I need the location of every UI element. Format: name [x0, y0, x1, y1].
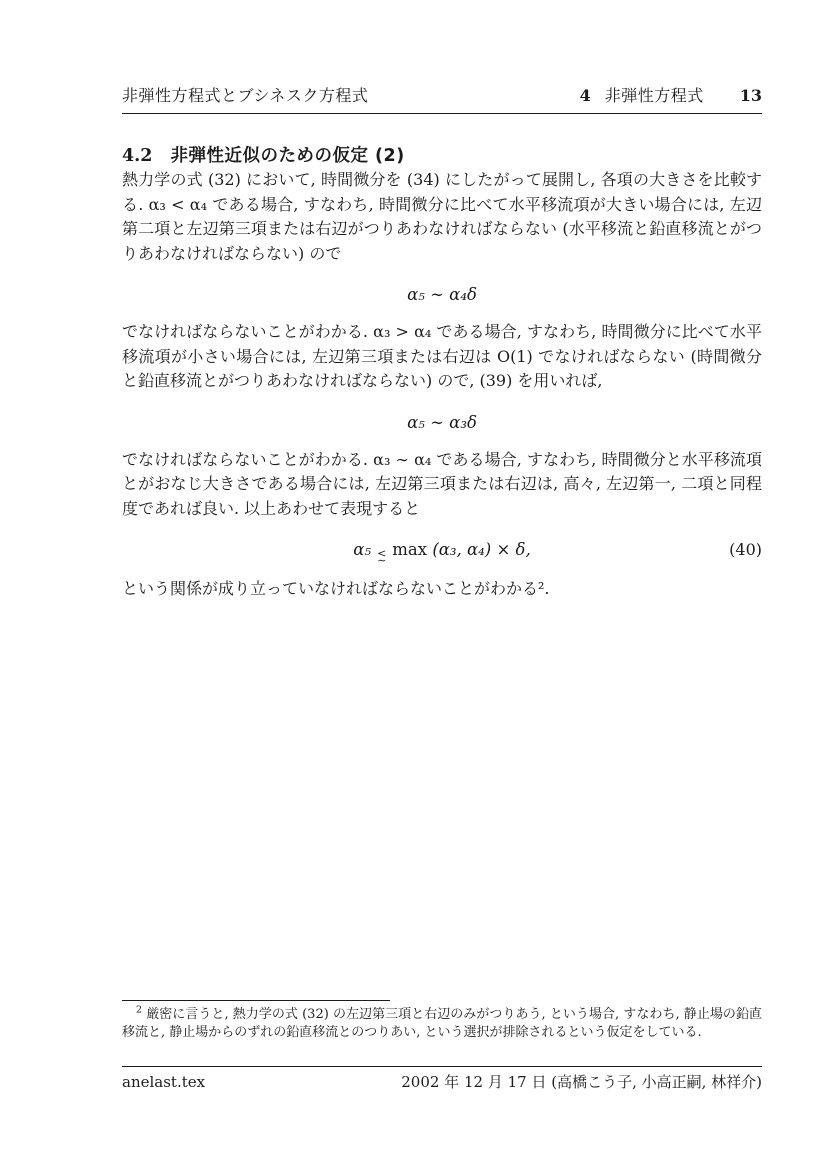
header-section-number: 4: [580, 86, 591, 106]
section-title: 非弾性近似のための仮定 (2): [170, 144, 404, 168]
header-page-number: 13: [740, 86, 762, 106]
document-page: 非弾性方程式とブシネスク方程式 4 非弾性方程式 13 4.2 非弾性近似のため…: [0, 0, 826, 1169]
equation-1: α₅ ∼ α₄δ: [122, 283, 762, 307]
equation-number: (40): [729, 538, 762, 562]
paragraph-2: でなければならないことがわかる. α₃ > α₄ である場合, すなわち, 時間…: [122, 320, 762, 394]
lesssim-bottom: ∼: [377, 557, 386, 564]
footnote-text: 2 厳密に言うと, 熱力学の式 (32) の左辺第三項と右辺のみがつりあう, と…: [122, 1006, 762, 1041]
section-number: 4.2: [122, 144, 152, 168]
equation-40-lhs: α₅: [353, 540, 371, 559]
footer-filename: anelast.tex: [122, 1073, 205, 1092]
header-section-title: 非弾性方程式: [605, 86, 704, 106]
page-footer: anelast.tex 2002 年 12 月 17 日 (高橋こう子, 小高正…: [122, 1066, 762, 1092]
footnote-rule: [122, 1000, 390, 1001]
footer-date-authors: 2002 年 12 月 17 日 (高橋こう子, 小高正嗣, 林祥介): [401, 1073, 762, 1092]
paragraph-1: 熱力学の式 (32) において, 時間微分を (34) にしたがって展開し, 各…: [122, 168, 762, 266]
page-content: 非弾性方程式とブシネスク方程式 4 非弾性方程式 13 4.2 非弾性近似のため…: [122, 86, 762, 602]
lesssim-symbol: <∼: [377, 550, 386, 564]
footnote-body: 厳密に言うと, 熱力学の式 (32) の左辺第三項と右辺のみがつりあう, という…: [122, 1007, 762, 1040]
paragraph-3: でなければならないことがわかる. α₃ ∼ α₄ である場合, すなわち, 時間…: [122, 448, 762, 522]
equation-40: α₅<∼max (α₃, α₄) × δ, (40): [122, 538, 762, 564]
header-section-info: 4 非弾性方程式 13: [580, 86, 762, 106]
equation-40-max: max: [392, 540, 427, 559]
equation-40-args: (α₃, α₄) × δ,: [427, 540, 531, 559]
page-header: 非弾性方程式とブシネスク方程式 4 非弾性方程式 13: [122, 86, 762, 114]
equation-40-math: α₅<∼max (α₃, α₄) × δ,: [353, 540, 530, 559]
section-heading: 4.2 非弾性近似のための仮定 (2): [122, 144, 762, 168]
equation-1-math: α₅ ∼ α₄δ: [407, 285, 477, 304]
equation-2: α₅ ∼ α₃δ: [122, 411, 762, 435]
footnote-area: 2 厳密に言うと, 熱力学の式 (32) の左辺第三項と右辺のみがつりあう, と…: [122, 1000, 762, 1041]
equation-2-math: α₅ ∼ α₃δ: [407, 413, 477, 432]
header-running-title: 非弾性方程式とブシネスク方程式: [122, 86, 368, 106]
paragraph-4: という関係が成り立っていなければならないことがわかる².: [122, 577, 762, 602]
